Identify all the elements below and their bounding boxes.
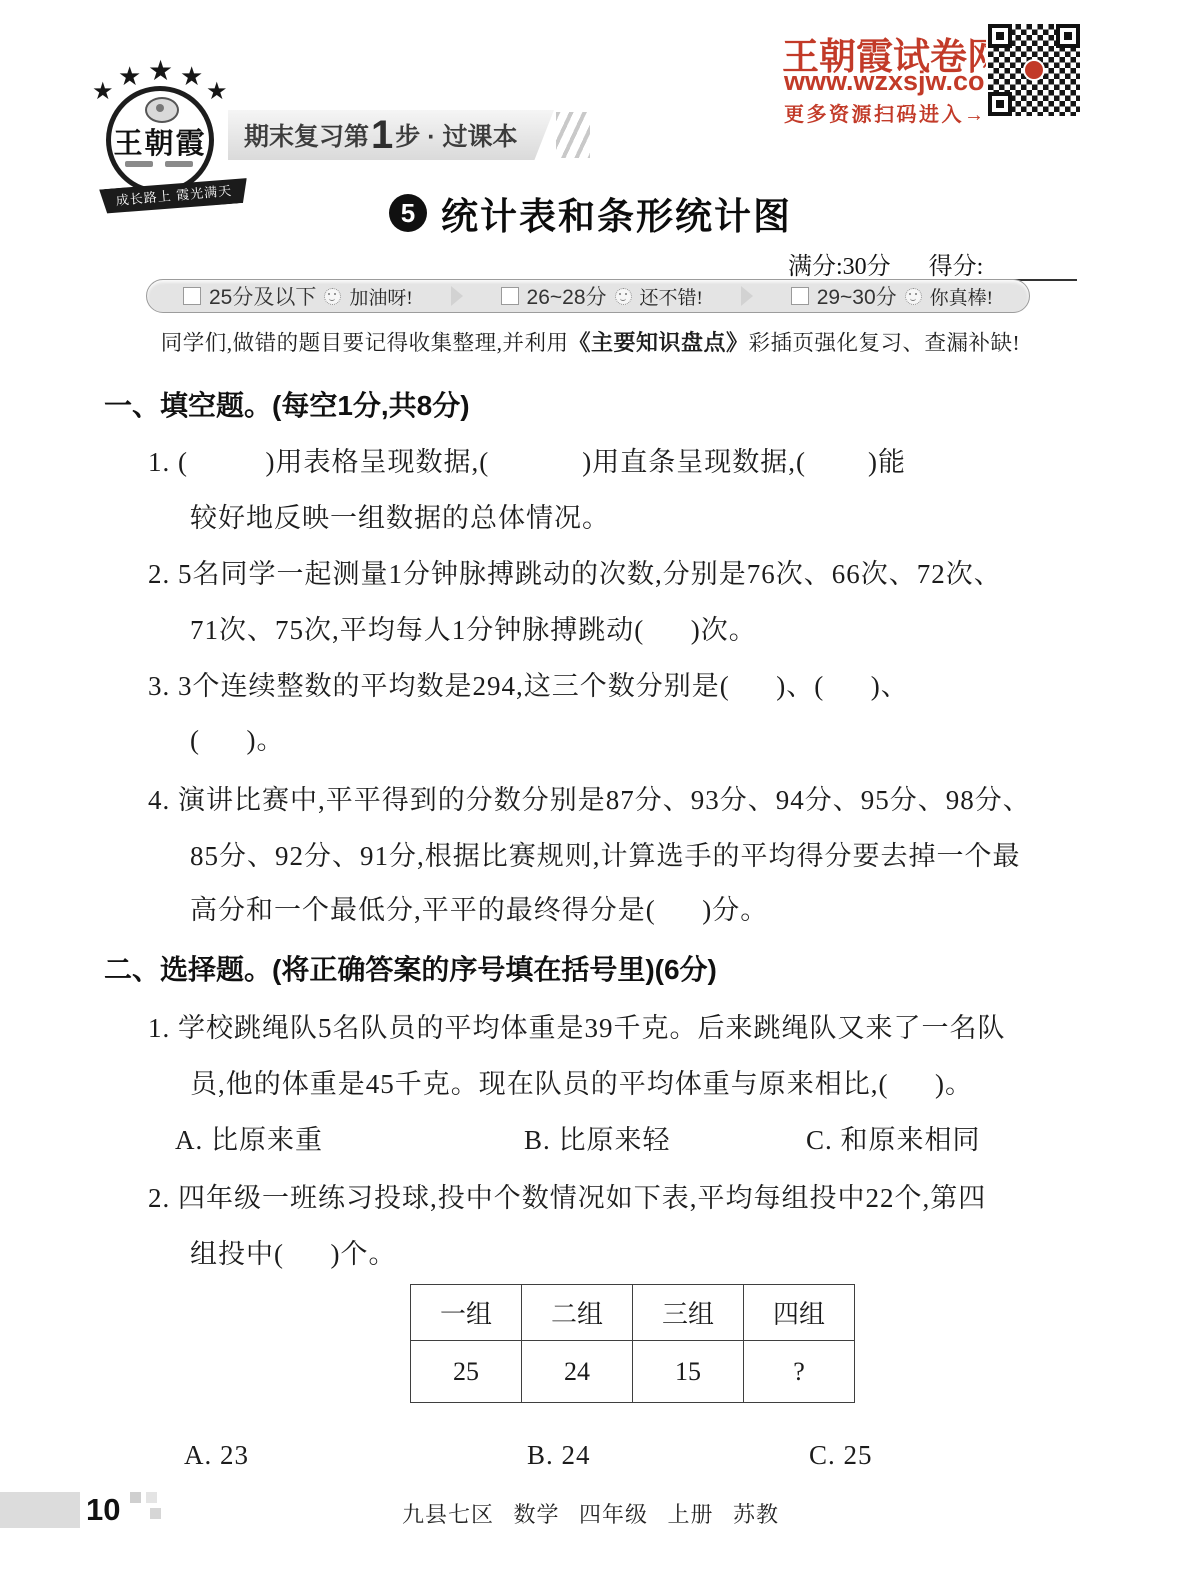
choice-q2-option-c: C. 25 bbox=[809, 1440, 873, 1471]
full-score-label: 满分:30分 bbox=[788, 254, 891, 280]
star-icon: ★ bbox=[180, 64, 203, 90]
score-checkbox-low[interactable] bbox=[183, 287, 201, 305]
section-two-heading: 二、选择题。(将正确答案的序号填在括号里)(6分) bbox=[104, 948, 717, 988]
fill-q3-line1: 3. 3个连续整数的平均数是294,这三个数分别是( )、( )、 bbox=[148, 664, 909, 703]
star-icon: ★ bbox=[92, 80, 114, 104]
throws-table: 一组 二组 三组 四组 25 24 15 ? bbox=[410, 1284, 855, 1403]
choice-q1-option-b: B. 比原来轻 bbox=[524, 1118, 671, 1157]
qr-finder-icon bbox=[1056, 24, 1080, 48]
score-comment: 你真棒! bbox=[930, 283, 993, 310]
section-one-heading: 一、填空题。(每空1分,共8分) bbox=[104, 384, 470, 424]
fill-q3-line2: ( )。 bbox=[190, 718, 284, 757]
test-paper-page: ★ ★ ★ ★ ★ 王朝霞 成长路上 霞光满天 期末复习第 1 步 · 过课本 … bbox=[0, 0, 1181, 1582]
choice-q2-line2: 组投中( )个。 bbox=[190, 1232, 396, 1271]
score-line: 满分:30分 得分: bbox=[788, 246, 1077, 281]
note-book-title: 《主要知识盘点》 bbox=[569, 330, 749, 355]
fill-q4-line2: 85分、92分、91分,根据比赛规则,计算选手的平均得分要去掉一个最 bbox=[190, 834, 1021, 873]
lesson-number-badge: 5 bbox=[389, 194, 427, 232]
footer-meta: 九县七区 数学 四年级 上册 苏教 bbox=[0, 1498, 1181, 1529]
face-icon bbox=[615, 288, 632, 305]
choice-q2-option-a: A. 23 bbox=[184, 1440, 249, 1471]
fill-q1-line2: 较好地反映一组数据的总体情况。 bbox=[190, 496, 610, 535]
score-checkbox-mid[interactable] bbox=[501, 287, 519, 305]
qr-code-icon bbox=[986, 22, 1082, 118]
score-label: 得分: bbox=[929, 254, 984, 280]
qr-finder-icon bbox=[988, 24, 1012, 48]
fill-q4-line3: 高分和一个最低分,平平的最终得分是( )分。 bbox=[190, 888, 768, 927]
score-comment: 加油呀! bbox=[349, 283, 412, 310]
table-cell: ? bbox=[744, 1341, 855, 1403]
fill-q2-line2: 71次、75次,平均每人1分钟脉搏跳动( )次。 bbox=[190, 608, 757, 647]
face-icon bbox=[905, 288, 922, 305]
logo-slogan-mark bbox=[165, 161, 193, 167]
table-header-cell: 二组 bbox=[522, 1285, 633, 1341]
star-icon: ★ bbox=[206, 80, 228, 104]
score-band-segment-mid: 26~28分 还不错! bbox=[501, 281, 703, 311]
star-icon: ★ bbox=[118, 64, 141, 90]
qr-finder-icon bbox=[988, 92, 1012, 116]
face-icon bbox=[324, 288, 341, 305]
table-header-row: 一组 二组 三组 四组 bbox=[411, 1285, 855, 1341]
portrait-icon bbox=[145, 97, 179, 123]
fill-q4-line1: 4. 演讲比赛中,平平得到的分数分别是87分、93分、94分、95分、98分、 bbox=[148, 778, 1031, 817]
score-band-segment-high: 29~30分 你真棒! bbox=[791, 281, 993, 311]
score-comment: 还不错! bbox=[640, 283, 703, 310]
site-more-text: 更多资源扫码进入→ bbox=[784, 98, 987, 127]
chevron-right-icon bbox=[741, 286, 753, 306]
banner-slashes-decoration bbox=[556, 112, 590, 158]
table-header-cell: 四组 bbox=[744, 1285, 855, 1341]
table-header-cell: 一组 bbox=[411, 1285, 522, 1341]
choice-q1-line1: 1. 学校跳绳队5名队员的平均体重是39千克。后来跳绳队又来了一名队 bbox=[148, 1006, 1006, 1045]
banner-text-prefix: 期末复习第 bbox=[244, 117, 369, 153]
banner-text-suffix: 步 · 过课本 bbox=[395, 117, 517, 153]
note-text: 彩插页强化复习、查漏补缺! bbox=[749, 331, 1021, 355]
logo-name: 王朝霞 bbox=[111, 121, 209, 162]
choice-q2-line1: 2. 四年级一班练习投球,投中个数情况如下表,平均每组投中22个,第四 bbox=[148, 1176, 986, 1215]
table-cell: 15 bbox=[633, 1341, 744, 1403]
banner-step-number: 1 bbox=[371, 113, 393, 158]
choice-q1-option-a: A. 比原来重 bbox=[175, 1118, 323, 1157]
logo-slogan-mark bbox=[125, 161, 153, 167]
fill-q1-line1: 1. ( )用表格呈现数据,( )用直条呈现数据,( )能 bbox=[148, 440, 906, 479]
header-banner: 期末复习第 1 步 · 过课本 bbox=[228, 110, 554, 160]
note-text: 同学们,做错的题目要记得收集整理,并利用 bbox=[161, 331, 569, 355]
qr-center-seal-icon bbox=[1023, 59, 1045, 81]
score-checkbox-high[interactable] bbox=[791, 287, 809, 305]
score-range-label: 29~30分 bbox=[817, 281, 897, 311]
choice-q1-line2: 员,他的体重是45千克。现在队员的平均体重与原来相比,( )。 bbox=[190, 1062, 973, 1101]
table-data-row: 25 24 15 ? bbox=[411, 1341, 855, 1403]
score-range-label: 26~28分 bbox=[527, 281, 607, 311]
score-blank-field[interactable] bbox=[989, 255, 1077, 281]
table-cell: 24 bbox=[522, 1341, 633, 1403]
score-band-segment-low: 25分及以下 加油呀! bbox=[183, 281, 413, 311]
chevron-right-icon bbox=[451, 286, 463, 306]
site-url: www.wzxsjw.com bbox=[784, 66, 1009, 97]
review-note: 同学们,做错的题目要记得收集整理,并利用《主要知识盘点》彩插页强化复习、查漏补缺… bbox=[0, 326, 1181, 357]
star-icon: ★ bbox=[148, 58, 173, 86]
choice-q1-option-c: C. 和原来相同 bbox=[806, 1118, 981, 1157]
page-title: 统计表和条形统计图 bbox=[441, 186, 792, 240]
choice-q2-option-b: B. 24 bbox=[527, 1440, 591, 1471]
score-band: 25分及以下 加油呀! 26~28分 还不错! 29~30分 你真棒! bbox=[146, 279, 1030, 313]
logo-circle: 王朝霞 bbox=[106, 86, 214, 194]
score-range-label: 25分及以下 bbox=[209, 281, 316, 311]
fill-q2-line1: 2. 5名同学一起测量1分钟脉搏跳动的次数,分别是76次、66次、72次、 bbox=[148, 552, 1002, 591]
table-cell: 25 bbox=[411, 1341, 522, 1403]
lesson-title-row: 5 统计表和条形统计图 bbox=[0, 186, 1181, 240]
table-header-cell: 三组 bbox=[633, 1285, 744, 1341]
